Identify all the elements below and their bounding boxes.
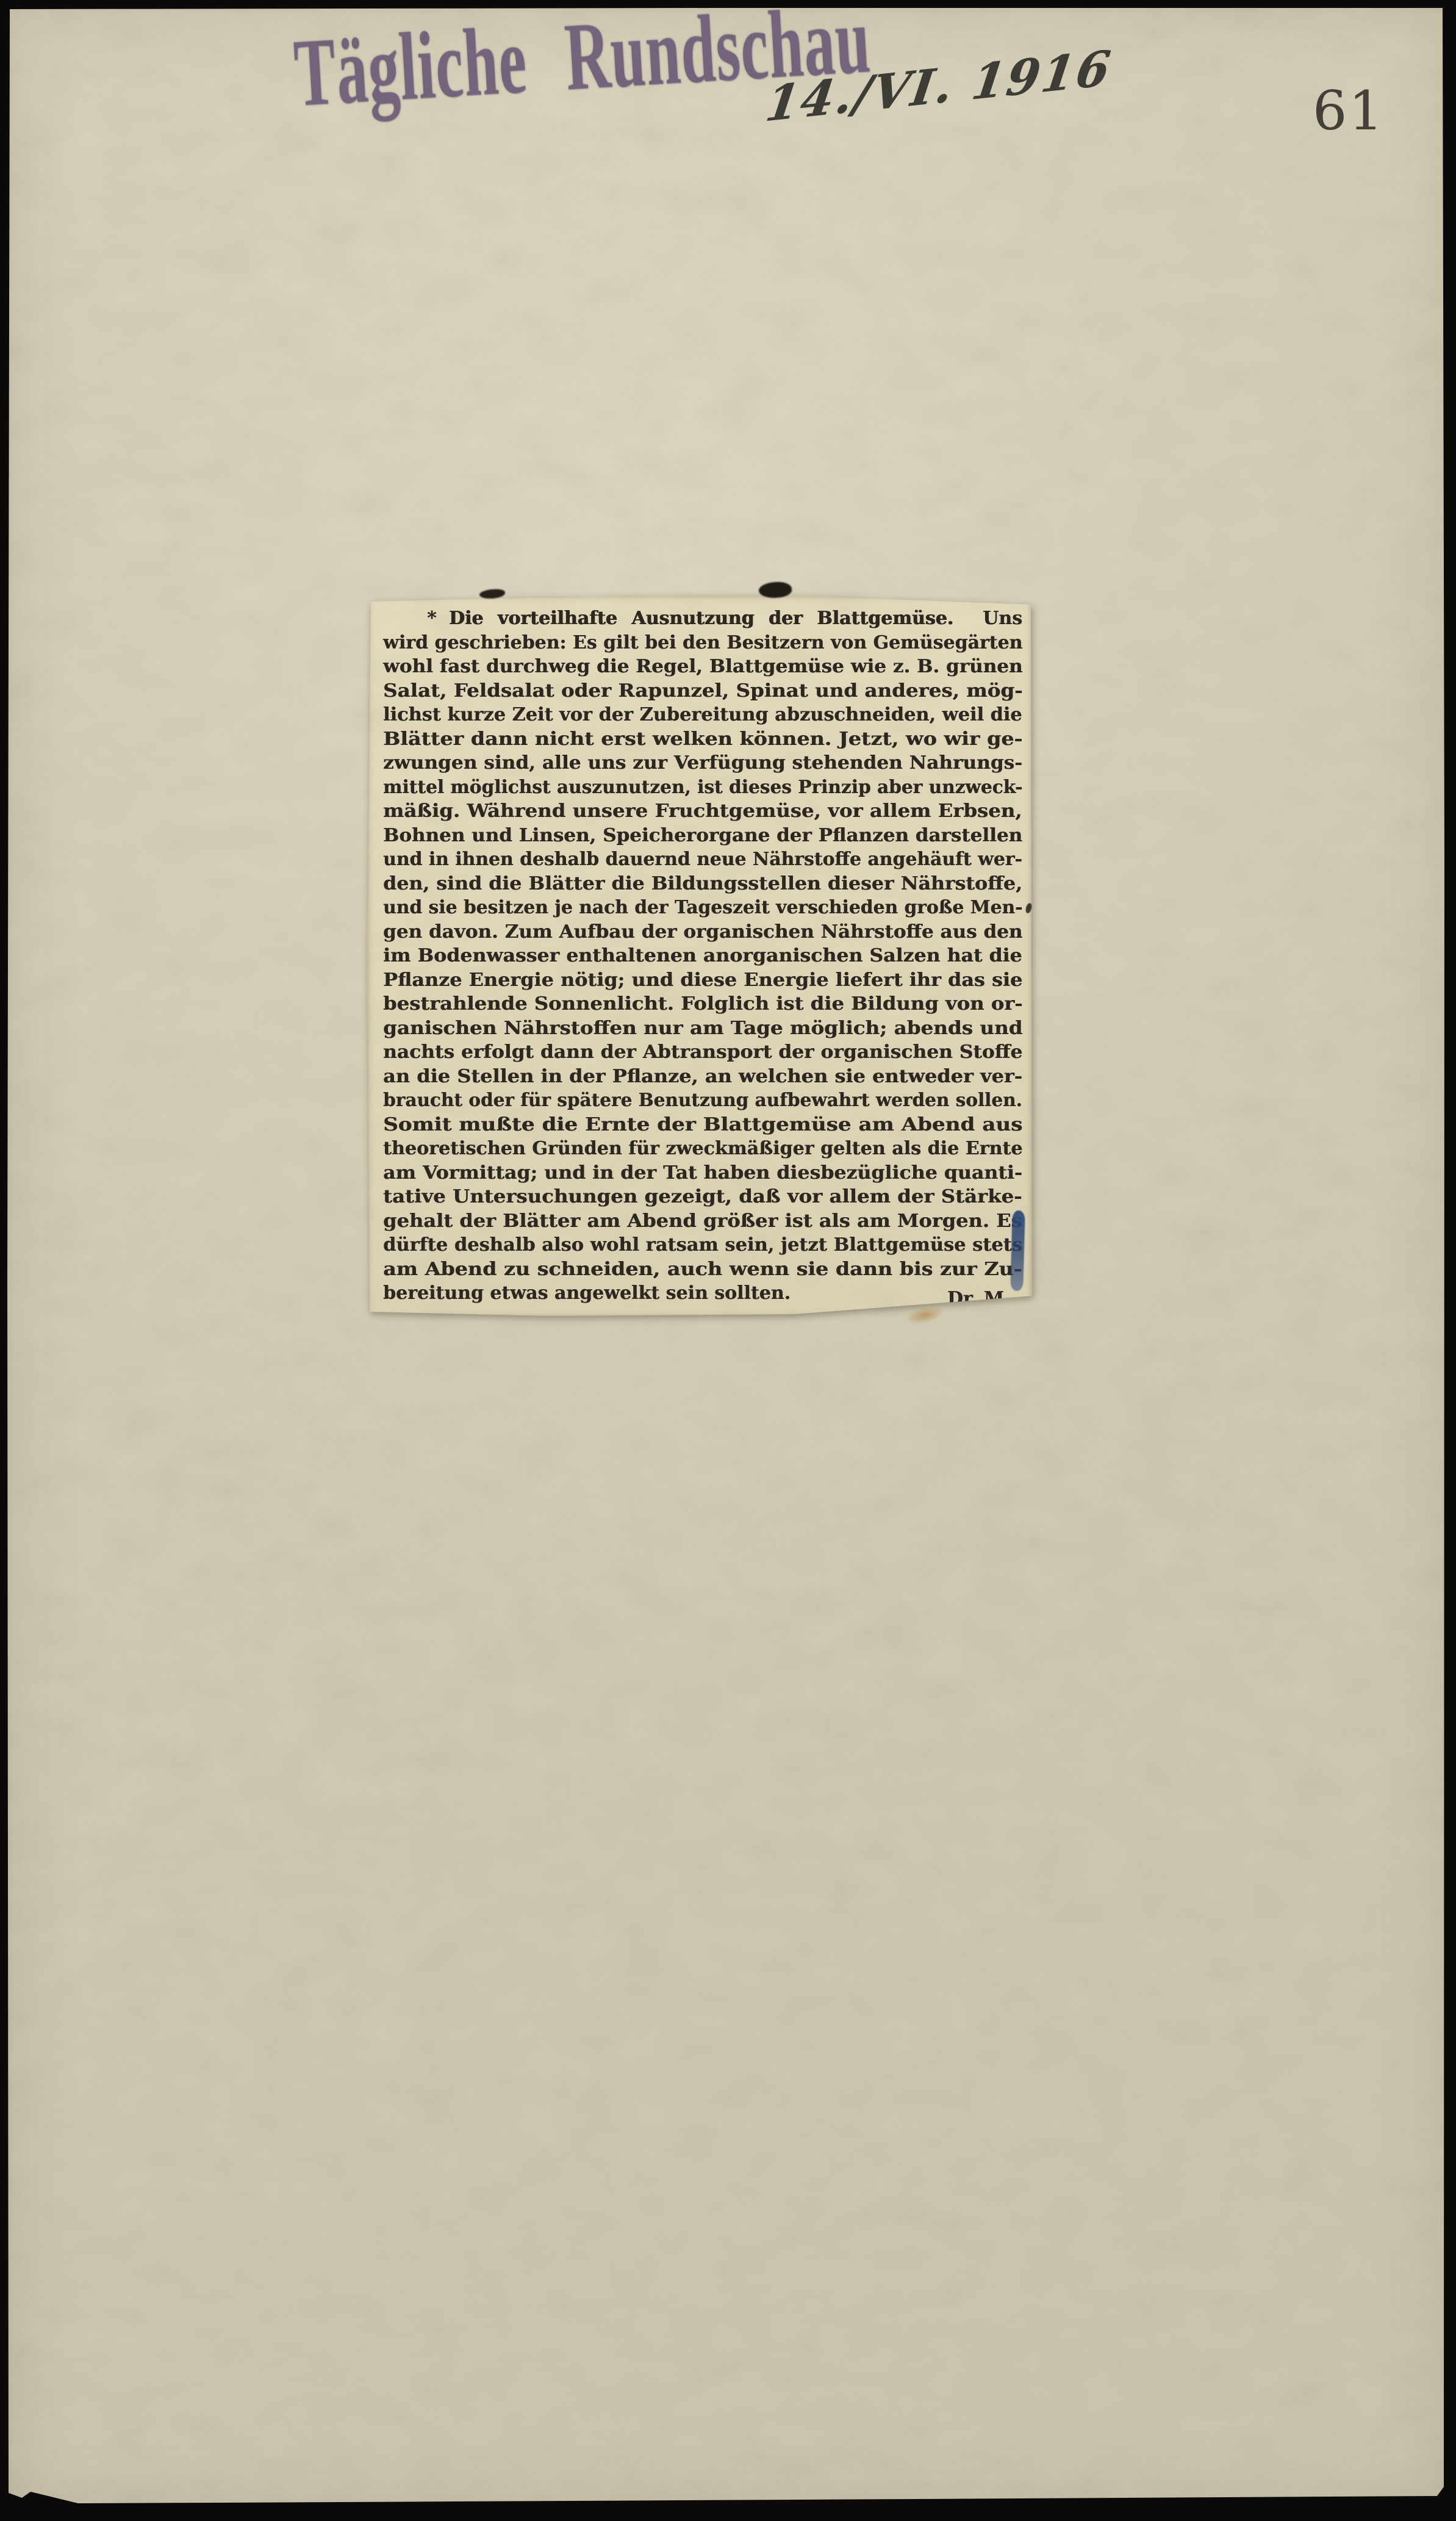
clipping-text-line: am Abend zu schneiden, auch wenn sie dan… xyxy=(383,1257,1022,1282)
clipping-text-line: zwungen sind, alle uns zur Verfügung ste… xyxy=(383,751,1022,775)
clipping-text-line: nachts erfolgt dann der Abtransport der … xyxy=(383,1040,1022,1065)
clipping-title-left: *Die vorteilhafte Ausnutzung der Blattge… xyxy=(427,606,953,631)
clipping-text-line: braucht oder für spätere Benutzung aufbe… xyxy=(383,1088,1022,1113)
clipping-text-line: Pflanze Energie nötig; und diese Energie… xyxy=(383,968,1022,993)
clipping-text-line: und sie besitzen je nach der Tageszeit v… xyxy=(383,896,1022,920)
author-signature: Dr. M xyxy=(947,1287,1004,1311)
clipping-text-line: am Vormittag; und in der Tat haben diesb… xyxy=(383,1161,1022,1185)
title-line-last-word: Uns xyxy=(983,606,1022,631)
clipping-text-line: Bohnen und Linsen, Speicherorgane der Pf… xyxy=(383,824,1022,848)
clipping-text-line: gen davon. Zum Aufbau der organischen Nä… xyxy=(383,920,1022,944)
closing-text: bereitung etwas angewelkt sein sollten. xyxy=(383,1281,791,1306)
clipping-text-line: dürfte deshalb also wohl ratsam sein, je… xyxy=(383,1233,1022,1257)
scanned-album-page: { "page": { "number": "61", "stamp_text"… xyxy=(0,0,1456,2521)
clipping-text-column: *Die vorteilhafte Ausnutzung der Blattge… xyxy=(383,606,1022,1306)
title-asterisk-marker: * xyxy=(427,608,437,629)
clipping-title-line: *Die vorteilhafte Ausnutzung der Blattge… xyxy=(383,606,1022,631)
clipping-text-line: ganischen Nährstoffen nur am Tage möglic… xyxy=(383,1016,1022,1041)
clipping-text-line: gehalt der Blätter am Abend größer ist a… xyxy=(383,1209,1022,1234)
clipping-closing-line: bereitung etwas angewelkt sein sollten. … xyxy=(383,1281,1022,1306)
clipping-text-line: Blätter dann nicht erst welken können. J… xyxy=(383,727,1022,752)
clipping-text-line: wohl fast durchweg die Regel, Blattgemüs… xyxy=(383,655,1022,679)
clipping-body: wird geschrieben: Es gilt bei den Besitz… xyxy=(383,631,1022,1282)
blue-crayon-mark xyxy=(1010,1210,1025,1292)
clipping-shadow: *Die vorteilhafte Ausnutzung der Blattge… xyxy=(0,0,1456,2521)
clipping-text-line: den, sind die Blätter die Bildungsstelle… xyxy=(383,872,1022,896)
clipping-text-line: im Bodenwasser enthaltenen anorganischen… xyxy=(383,944,1022,968)
clipping-text-line: wird geschrieben: Es gilt bei den Besitz… xyxy=(383,631,1022,655)
clipping-text-line: und in ihnen deshalb dauernd neue Nährst… xyxy=(383,847,1022,872)
clipping-text-line: bestrahlende Sonnenlicht. Folglich ist d… xyxy=(383,992,1022,1016)
album-page-paper: Tägliche Rundschau 14./VI. 1916 61 *Die … xyxy=(0,0,1456,2521)
newspaper-clipping: *Die vorteilhafte Ausnutzung der Blattge… xyxy=(367,595,1032,1318)
clipping-text-line: mäßig. Während unsere Fruchtgemüse, vor … xyxy=(383,799,1022,824)
clipping-text-line: lichst kurze Zeit vor der Zubereitung ab… xyxy=(383,703,1022,727)
clipping-text-line: theoretischen Gründen für zweckmäßiger g… xyxy=(383,1137,1022,1161)
clipping-headline: Die vorteilhafte Ausnutzung der Blattgem… xyxy=(449,608,953,629)
clipping-text-line: an die Stellen in der Pflanze, an welche… xyxy=(383,1065,1022,1089)
clipping-text-line: Somit mußte die Ernte der Blattgemüse am… xyxy=(383,1113,1022,1137)
clipping-text-line: mittel möglichst auszunutzen, ist dieses… xyxy=(383,775,1022,800)
clipping-text-line: Salat, Feldsalat oder Rapunzel, Spinat u… xyxy=(383,679,1022,703)
clipping-text-line: tative Untersuchungen gezeigt, daß vor a… xyxy=(383,1185,1022,1209)
